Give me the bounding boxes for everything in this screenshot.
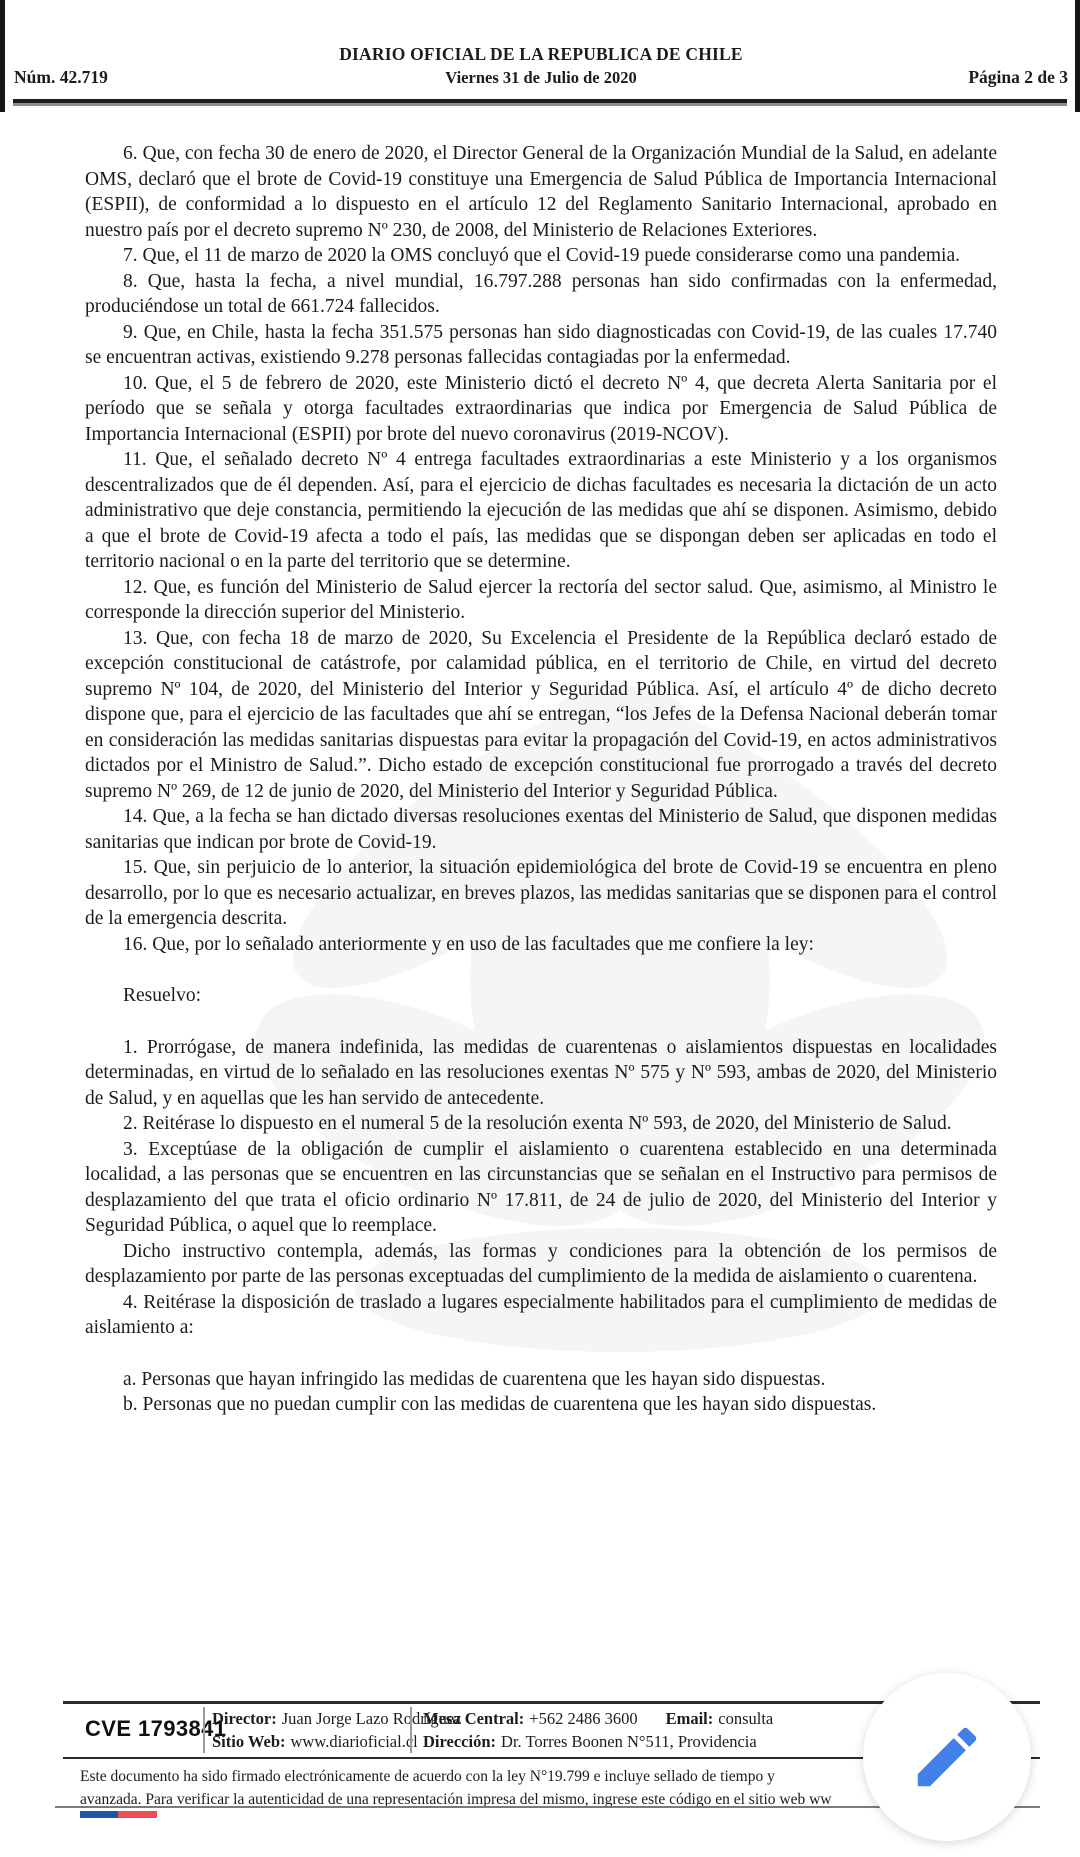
considerando-6: 6. Que, con fecha 30 de enero de 2020, e… — [85, 141, 997, 243]
website-label: Sitio Web: — [212, 1732, 286, 1751]
scan-edge-artifact-left — [0, 0, 5, 112]
considerando-13: 13. Que, con fecha 18 de marzo de 2020, … — [85, 626, 997, 805]
mesa-central-phone: +562 2486 3600 — [529, 1709, 637, 1728]
sub-item-a: a. Personas que hayan infringido las med… — [85, 1367, 997, 1393]
email-label: Email: — [666, 1709, 714, 1728]
mesa-central-label: Mesa Central: — [423, 1709, 524, 1728]
resolutivo-3: 3. Exceptúase de la obligación de cumpli… — [85, 1137, 997, 1239]
considerando-14: 14. Que, a la fecha se han dictado diver… — [85, 804, 997, 855]
direccion-value: Dr. Torres Boonen N°511, Providencia — [501, 1732, 757, 1751]
considerando-9: 9. Que, en Chile, hasta la fecha 351.575… — [85, 320, 997, 371]
resuelvo-heading: Resuelvo: — [85, 983, 997, 1009]
phone-email-line: Mesa Central:+562 2486 3600Email:consult… — [423, 1708, 773, 1731]
disclaimer-line-1: Este documento ha sido firmado electróni… — [80, 1766, 831, 1789]
address-line: Dirección:Dr. Torres Boonen N°511, Provi… — [423, 1731, 773, 1754]
email-value: consulta — [718, 1709, 773, 1728]
considerando-12: 12. Que, es función del Ministerio de Sa… — [85, 575, 997, 626]
resolutivo-4: 4. Reitérase la disposición de traslado … — [85, 1290, 997, 1341]
considerando-7: 7. Que, el 11 de marzo de 2020 la OMS co… — [85, 243, 997, 269]
flag-blue-segment — [80, 1811, 118, 1818]
footer-contact-block: Mesa Central:+562 2486 3600Email:consult… — [423, 1708, 773, 1753]
publication-title: DIARIO OFICIAL DE LA REPUBLICA DE CHILE — [224, 44, 858, 65]
website-url[interactable]: www.diarioficial.cl — [291, 1732, 418, 1751]
sub-item-b: b. Personas que no puedan cumplir con la… — [85, 1392, 997, 1418]
considerando-10: 10. Que, el 5 de febrero de 2020, este M… — [85, 371, 997, 448]
issue-number: Núm. 42.719 — [14, 67, 224, 88]
header-center: DIARIO OFICIAL DE LA REPUBLICA DE CHILE … — [224, 44, 858, 88]
document-page: Núm. 42.719 DIARIO OFICIAL DE LA REPUBLI… — [0, 0, 1080, 1857]
signature-disclaimer: Este documento ha sido firmado electróni… — [80, 1766, 831, 1811]
director-label: Director: — [212, 1709, 277, 1728]
page-header: Núm. 42.719 DIARIO OFICIAL DE LA REPUBLI… — [14, 44, 1068, 88]
direccion-label: Dirección: — [423, 1732, 496, 1751]
resolutivo-1: 1. Prorrógase, de manera indefinida, las… — [85, 1035, 997, 1112]
publication-date: Viernes 31 de Julio de 2020 — [224, 68, 858, 88]
cve-code: CVE 1793841 — [85, 1716, 226, 1742]
resolutivo-2: 2. Reitérase lo dispuesto en el numeral … — [85, 1111, 997, 1137]
flag-red-segment — [118, 1811, 157, 1818]
edit-fab-button[interactable] — [863, 1673, 1031, 1841]
considerando-8: 8. Que, hasta la fecha, a nivel mundial,… — [85, 269, 997, 320]
document-text: 6. Que, con fecha 30 de enero de 2020, e… — [85, 141, 997, 1691]
considerando-15: 15. Que, sin perjuicio de lo anterior, l… — [85, 855, 997, 932]
gov-cl-flag-logo — [80, 1811, 157, 1818]
footer-divider-1 — [203, 1707, 205, 1753]
pencil-edit-icon — [908, 1718, 986, 1796]
considerando-11: 11. Que, el señalado decreto Nº 4 entreg… — [85, 447, 997, 575]
scan-edge-artifact-right — [1075, 0, 1080, 112]
resolutivo-3-bis: Dicho instructivo contempla, además, las… — [85, 1239, 997, 1290]
page-indicator: Página 2 de 3 — [858, 67, 1068, 88]
header-rule — [13, 99, 1067, 103]
considerando-16: 16. Que, por lo señalado anteriormente y… — [85, 932, 997, 958]
footer-divider-2 — [410, 1707, 412, 1753]
